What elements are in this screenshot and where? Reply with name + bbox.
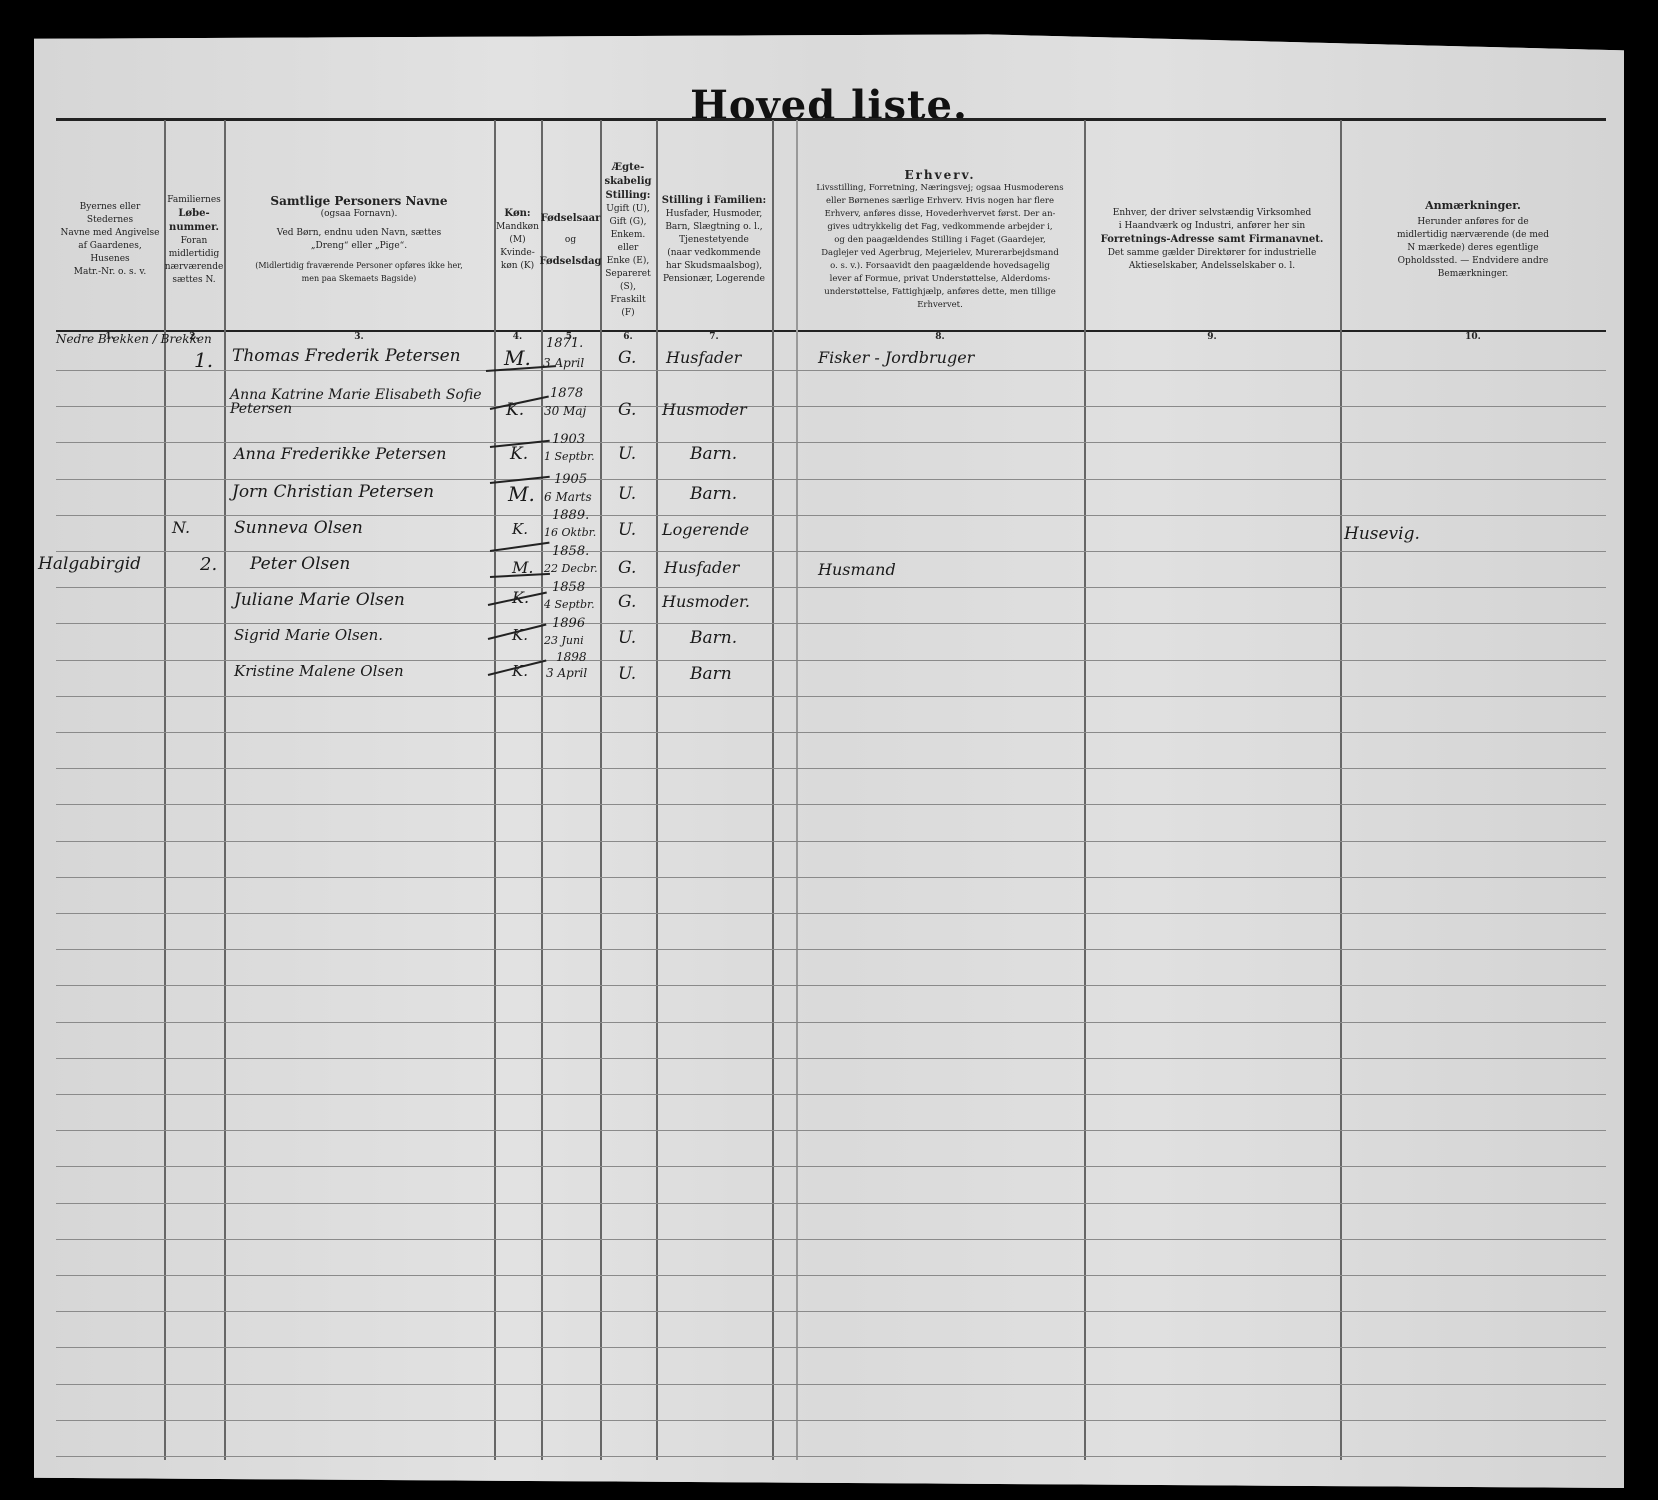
entry-marital: U. [618,444,636,464]
entry-birth-day: 3 April [543,356,584,370]
entry-remarks: Husevig. [1344,524,1420,544]
row-rule [56,1058,1606,1059]
census-sheet: Hoved liste. Byernes eller StedernesNavn… [34,30,1624,1488]
entry-family-position: Husfader [664,558,739,577]
entry-occupation: Husmand [818,560,896,579]
row-rule [56,1347,1606,1348]
row-rule [56,696,1606,697]
row-rule [56,551,1606,552]
row-rule [56,1456,1606,1457]
row-rule [56,913,1606,914]
row-rule [56,1239,1606,1240]
entry-place: Nedre Brekken / Brekken [56,332,212,346]
entry-marital: U. [618,628,636,648]
entry-name: Sunneva Olsen [234,518,363,538]
row-rule [56,768,1606,769]
entry-name: Thomas Frederik Petersen [232,346,461,366]
entry-birth-year: 1898 [556,650,587,664]
entry-marital: U. [618,484,636,504]
row-rule [56,442,1606,443]
col7-header: Stilling i Familien: Husfader, Husmoder,… [656,130,772,350]
row-rule [56,479,1606,480]
entry-birth-day: 23 Juni [544,634,584,647]
entry-birth-year: 1889. [552,508,589,523]
entry-birth-year: 1903 [552,432,585,447]
entry-family-position: Husfader [666,348,741,367]
row-rule [56,1130,1606,1131]
entry-family-position: Husmoder. [662,592,750,611]
entry-family-no: N. [172,518,190,537]
entry-marital: G. [618,558,636,578]
entry-family-position: Husmoder [662,400,747,419]
top-rule [56,118,1606,121]
col3-header: Samtlige Personers Navne (ogsaa Fornavn)… [224,130,494,350]
entry-sex: K. [510,444,528,464]
row-rule [56,660,1606,661]
entry-marital: U. [618,664,636,684]
col-number: 7. [656,332,772,342]
col-number: 4. [494,332,541,342]
entry-family-position: Barn. [690,484,737,504]
row-rule [56,1094,1606,1095]
entry-name: Juliane Marie Olsen [234,590,405,610]
entry-birth-day: 30 Maj [544,404,586,418]
entry-birth-year: 1858. [552,544,589,559]
entry-family-position: Barn. [690,444,737,464]
col4-header: Køn: Mandkøn(M) Kvinde-køn (K) [494,130,541,350]
entry-name: Jorn Christian Petersen [232,482,434,502]
entry-birth-day: 4 Septbr. [544,598,595,611]
page-title: Hoved liste. [34,82,1624,129]
col-number: 10. [1340,332,1606,342]
col-number: 8. [796,332,1084,342]
row-rule [56,949,1606,950]
entry-birth-year: 1905 [554,472,587,487]
entry-birth-year: 1896 [552,616,585,631]
entry-name: Anna Frederikke Petersen [234,444,446,463]
entry-birth-day: 1 Septbr. [544,450,595,463]
col1-header: Byernes eller StedernesNavne med Angivel… [56,130,164,350]
entry-birth-year: 1858 [552,580,585,595]
row-rule [56,1022,1606,1023]
entry-family-position: Logerende [662,520,749,539]
entry-sex: K. [512,520,528,538]
row-rule [56,985,1606,986]
entry-marital: U. [618,520,636,540]
col-number: 3. [224,332,494,342]
row-rule [56,1203,1606,1204]
entry-name: Kristine Malene Olsen [234,662,404,680]
row-rule [56,1311,1606,1312]
entry-birth-year: 1878 [550,386,583,401]
row-rule [56,1420,1606,1421]
entry-birth-day: 6 Marts [544,490,592,504]
col6-header: Ægte-skabeligStilling: Ugift (U),Gift (G… [600,130,656,350]
entry-marital: G. [618,348,636,368]
col9-header: Enhver, der driver selvstændig Virksomhe… [1084,130,1340,350]
entry-birth-day: 3 April [546,666,587,680]
row-rule [56,1275,1606,1276]
row-rule [56,804,1606,805]
col-number: 9. [1084,332,1340,342]
row-rule [56,1166,1606,1167]
entry-name: Peter Olsen [250,554,350,574]
col5-header: FødselsaarogFødselsdag [541,130,600,350]
entry-family-position: Barn. [690,628,737,648]
col2-header: FamiliernesLøbe-nummer. Foranmidlertidig… [164,130,224,350]
col-number: 6. [600,332,656,342]
entry-sex: M. [508,482,535,506]
row-rule [56,515,1606,516]
entry-birth-day: 16 Oktbr. [544,526,596,539]
entry-family-no: 1. [194,348,213,372]
row-rule [56,841,1606,842]
row-rule [56,877,1606,878]
entry-family-position: Barn [690,664,732,684]
entry-marital: G. [618,400,636,420]
entry-family-no: 2. [200,554,217,575]
col8-header: Erhverv. Livsstilling, Forretning, Nærin… [796,130,1084,350]
entry-name: Anna Katrine Marie Elisabeth Sofie Peter… [230,388,494,416]
row-rule [56,370,1606,371]
entry-marital: G. [618,592,636,612]
col-divider [772,120,774,1460]
col10-header: Anmærkninger. Herunder anføres for demid… [1340,130,1606,350]
entry-place: Halgabirgid [38,554,141,574]
entry-birth-year: 1871. [546,336,583,351]
entry-occupation: Fisker - Jordbruger [818,348,974,367]
entry-birth-day: 22 Decbr. [544,562,598,575]
row-rule [56,1384,1606,1385]
row-rule [56,623,1606,624]
row-rule [56,732,1606,733]
row-rule [56,587,1606,588]
entry-name: Sigrid Marie Olsen. [234,626,383,644]
